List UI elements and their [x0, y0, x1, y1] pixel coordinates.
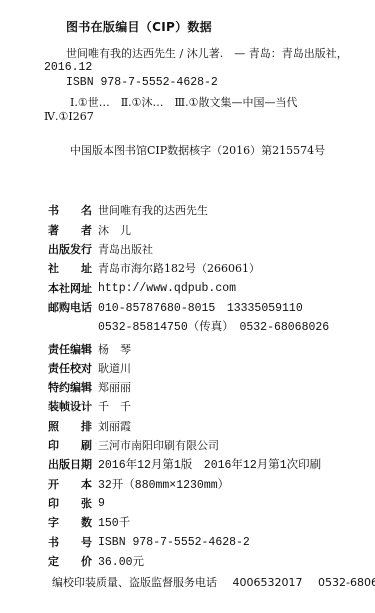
- colophon-row: 社址青岛市海尔路182号（266061）: [48, 259, 260, 277]
- colophon-label-text: 本社网址: [48, 280, 92, 296]
- colophon-label-text: 社: [48, 260, 59, 276]
- cip-line-clc: Ⅳ.①I267: [44, 110, 94, 123]
- colophon-value: 9: [98, 497, 105, 510]
- colophon-label-text: 排: [81, 418, 92, 434]
- cip-line-title: 世间唯有我的达西先生 / 沐儿著. — 青岛：青岛出版社，: [66, 45, 348, 61]
- colophon-label-text: 责任编辑: [48, 341, 92, 357]
- colophon-label-text: 照: [48, 418, 59, 434]
- colophon-label-text: 本: [81, 476, 92, 492]
- colophon-value: 青岛市海尔路182号（266061）: [98, 260, 260, 276]
- colophon-label: 责任校对: [48, 360, 92, 376]
- colophon-label: 社址: [48, 260, 92, 276]
- colophon-label-text: 印: [48, 437, 59, 453]
- colophon-value: 32开（880mm×1230mm）: [98, 476, 229, 492]
- colophon-row: 本社网址http://www.qdpub.com: [48, 279, 236, 297]
- colophon-row: 责任编辑杨 琴: [48, 340, 131, 358]
- colophon-value: 世间唯有我的达西先生: [98, 202, 208, 218]
- colophon-label-text: 责任校对: [48, 360, 92, 376]
- cip-line-isbn: ISBN 978-7-5552-4628-2: [66, 76, 218, 89]
- colophon-label-text: 定: [48, 553, 59, 569]
- hotline-phone-2: 0532-68068638: [318, 576, 375, 589]
- colophon-row: 0532-85814750（传真） 0532-68068026: [48, 317, 329, 335]
- colophon-label: 著者: [48, 222, 92, 238]
- colophon-label-text: 名: [81, 202, 92, 218]
- colophon-value: 杨 琴: [98, 341, 131, 357]
- colophon-value: 千 千: [98, 398, 131, 414]
- colophon-row: 出版发行青岛出版社: [48, 240, 153, 258]
- colophon-value: 0532-85814750（传真） 0532-68068026: [98, 318, 329, 334]
- cip-line-date: 2016.12: [44, 61, 92, 74]
- colophon-row: 开本32开（880mm×1230mm）: [48, 475, 229, 493]
- colophon-label-text: 价: [81, 553, 92, 569]
- quality-hotline: 编校印装质量、盗版监督服务电话 4006532017 0532-68068638: [52, 574, 375, 590]
- colophon-label: 印张: [48, 495, 92, 511]
- colophon-row: 责任校对耿道川: [48, 359, 131, 377]
- colophon-row: 印刷三河市南阳印刷有限公司: [48, 436, 219, 454]
- colophon-row: 著者沐 儿: [48, 221, 131, 239]
- colophon-value: 2016年12月第1版 2016年12月第1次印刷: [98, 456, 321, 472]
- colophon-label-text: 出版日期: [48, 456, 92, 472]
- colophon-value: 三河市南阳印刷有限公司: [98, 437, 219, 453]
- colophon-label-text: 刷: [81, 437, 92, 453]
- cip-verification-note: 中国版本图书馆CIP数据核字（2016）第215574号: [70, 142, 325, 158]
- colophon-label: 书名: [48, 202, 92, 218]
- colophon-label-text: 特约编辑: [48, 379, 92, 395]
- colophon-label-text: 装帧设计: [48, 398, 92, 414]
- colophon-label: 出版发行: [48, 241, 92, 257]
- colophon-label-text: 出版发行: [48, 241, 92, 257]
- colophon-value: 耿道川: [98, 360, 131, 376]
- colophon-label: 本社网址: [48, 280, 92, 296]
- colophon-value: 沐 儿: [98, 222, 131, 238]
- colophon-row: 照排刘丽霞: [48, 417, 131, 435]
- hotline-label: 编校印装质量、盗版监督服务电话: [52, 576, 217, 589]
- colophon-row: 邮购电话010-85787680-8015 13335059110: [48, 298, 303, 316]
- hotline-phone-1: 4006532017: [233, 576, 303, 589]
- colophon-label: 开本: [48, 476, 92, 492]
- colophon-label-text: 邮购电话: [48, 299, 92, 315]
- cip-title: 图书在版编目（CIP）数据: [66, 18, 212, 35]
- colophon-value: 010-85787680-8015 13335059110: [98, 299, 303, 315]
- colophon-label: 邮购电话: [48, 299, 92, 315]
- cip-line-classification: Ⅰ.①世… Ⅱ.①沐… Ⅲ.①散文集—中国—当代: [70, 94, 298, 110]
- colophon-row: 书号ISBN 978-7-5552-4628-2: [48, 533, 250, 551]
- colophon-row: 书名世间唯有我的达西先生: [48, 201, 208, 219]
- colophon-label-text: 书: [48, 534, 59, 550]
- colophon-value: 郑丽丽: [98, 379, 131, 395]
- colophon-label: 书号: [48, 534, 92, 550]
- colophon-value: ISBN 978-7-5552-4628-2: [98, 536, 250, 549]
- colophon-label: 特约编辑: [48, 379, 92, 395]
- colophon-label-text: 著: [48, 222, 59, 238]
- colophon-value: 青岛出版社: [98, 241, 153, 257]
- colophon-row: 特约编辑郑丽丽: [48, 378, 131, 396]
- colophon-label-text: 开: [48, 476, 59, 492]
- colophon-label: 责任编辑: [48, 341, 92, 357]
- colophon-label-text: 数: [81, 514, 92, 530]
- colophon-label-text: 号: [81, 534, 92, 550]
- colophon-value: http://www.qdpub.com: [98, 282, 236, 295]
- colophon-row: 印张9: [48, 494, 105, 512]
- colophon-row: 定价36.00元: [48, 552, 144, 570]
- colophon-label-text: 址: [81, 260, 92, 276]
- colophon-value: 150千: [98, 514, 130, 530]
- colophon-label: 印刷: [48, 437, 92, 453]
- colophon-label: 装帧设计: [48, 398, 92, 414]
- colophon-label: 照排: [48, 418, 92, 434]
- colophon-label-text: 张: [81, 495, 92, 511]
- colophon-label: 出版日期: [48, 456, 92, 472]
- colophon-label: 定价: [48, 553, 92, 569]
- colophon-value: 刘丽霞: [98, 418, 131, 434]
- colophon-label-text: 者: [81, 222, 92, 238]
- colophon-row: 装帧设计千 千: [48, 397, 131, 415]
- colophon-row: 出版日期2016年12月第1版 2016年12月第1次印刷: [48, 455, 321, 473]
- colophon-row: 字数150千: [48, 513, 130, 531]
- colophon-label-text: 字: [48, 514, 59, 530]
- colophon-label-text: 书: [48, 202, 59, 218]
- colophon-label-text: 印: [48, 495, 59, 511]
- colophon-label: 字数: [48, 514, 92, 530]
- colophon-value: 36.00元: [98, 553, 144, 569]
